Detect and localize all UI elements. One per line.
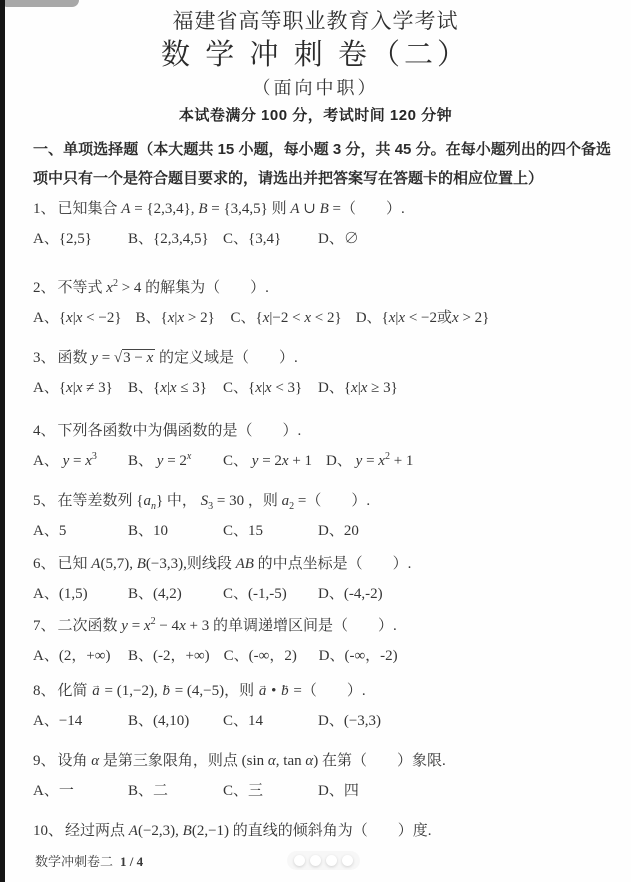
- question: 1、已知集合 A = {2,3,4}, B = {3,4,5} 则 A ∪ B …: [33, 190, 618, 269]
- option: B、(4,10): [128, 710, 223, 732]
- option: C、{x|x < 3}: [223, 377, 318, 399]
- question-stem: 7、二次函数 y = x2 − 4x + 3 的单调递增区间是（ ）.: [33, 615, 397, 637]
- question-number: 1、: [33, 201, 56, 217]
- page-dot[interactable]: [342, 855, 353, 866]
- option: C、(-∞，2): [224, 645, 319, 667]
- question-number: 6、: [33, 556, 56, 572]
- option: C、14: [223, 710, 318, 732]
- option: C、{3,4}: [223, 228, 318, 250]
- question-stem: 5、在等差数列 {an} 中， S3 = 30 ，则 a2 =（ ）.: [33, 490, 370, 512]
- question-options: A、 y = x3B、 y = 2xC、 y = 2x + 1D、 y = x2…: [33, 450, 427, 472]
- question-number: 8、: [33, 683, 56, 699]
- option: A、5: [33, 520, 128, 542]
- footer-page-number: 1 / 4: [120, 854, 143, 869]
- question-options: A、5B、10C、15D、20: [33, 520, 413, 542]
- option: B、 y = 2x: [128, 450, 223, 472]
- option: C、(-1,-5): [223, 583, 318, 605]
- question-stem: 2、不等式 x2 > 4 的解集为（ ）.: [33, 277, 269, 299]
- option: D、(-4,-2): [318, 583, 413, 605]
- scan-edge-strip: [0, 0, 5, 882]
- question-stem: 1、已知集合 A = {2,3,4}, B = {3,4,5} 则 A ∪ B …: [33, 198, 405, 220]
- question: 4、下列各函数中为偶函数的是（ ）.A、 y = x3B、 y = 2xC、 y…: [33, 412, 618, 482]
- exam-title: 福建省高等职业教育入学考试: [0, 5, 631, 35]
- option: C、15: [223, 520, 318, 542]
- question-number: 7、: [33, 618, 56, 634]
- option: B、{x|x ≤ 3}: [128, 377, 223, 399]
- question-options: A、{x|x ≠ 3}B、{x|x ≤ 3}C、{x|x < 3}D、{x|x …: [33, 377, 413, 399]
- page-dot[interactable]: [294, 855, 305, 866]
- option: D、20: [318, 520, 413, 542]
- option: B、(-2，+∞): [128, 645, 224, 667]
- option: A、(2，+∞): [33, 645, 128, 667]
- option: A、(1,5): [33, 583, 128, 605]
- option: D、(−3,3): [318, 710, 413, 732]
- section-heading: 一、单项选择题（本大题共 15 小题，每小题 3 分，共 45 分。在每小题列出…: [33, 135, 611, 193]
- exam-paper-page: 福建省高等职业教育入学考试 数 学 冲 刺 卷（二） （面向中职） 本试卷满分 …: [0, 0, 631, 882]
- question: 6、已知 A(5,7), B(−3,3),则线段 AB 的中点坐标是（ ）.A、…: [33, 545, 618, 607]
- option: C、 y = 2x + 1: [223, 450, 326, 472]
- question: 5、在等差数列 {an} 中， S3 = 30 ，则 a2 =（ ）.A、5B、…: [33, 482, 618, 545]
- question-stem: 9、设角 α 是第三象限角，则点 (sin α, tan α) 在第（ ）象限.: [33, 750, 446, 772]
- page-dots-indicator: [287, 851, 360, 870]
- option: D、{x|x < −2或x > 2}: [356, 307, 504, 329]
- option: B、{2,3,4,5}: [128, 228, 223, 250]
- question-options: A、−14B、(4,10)C、14D、(−3,3): [33, 710, 413, 732]
- option: D、四: [318, 780, 413, 802]
- question-stem: 8、化简 a = (1,−2), b = (4,−5)，则 a • b =（ ）…: [33, 680, 366, 702]
- questions-list: 1、已知集合 A = {2,3,4}, B = {3,4,5} 则 A ∪ B …: [33, 190, 618, 858]
- question: 8、化简 a = (1,−2), b = (4,−5)，则 a • b =（ ）…: [33, 672, 618, 742]
- question: 7、二次函数 y = x2 − 4x + 3 的单调递增区间是（ ）.A、(2，…: [33, 607, 618, 672]
- question-options: A、(1,5)B、(4,2)C、(-1,-5)D、(-4,-2): [33, 583, 413, 605]
- option: B、10: [128, 520, 223, 542]
- question-options: A、一B、二C、三D、四: [33, 780, 413, 802]
- option: D、(-∞，-2): [319, 645, 414, 667]
- option: D、{x|x ≥ 3}: [318, 377, 413, 399]
- option: A、 y = x3: [33, 450, 128, 472]
- question-stem: 10、经过两点 A(−2,3), B(2,−1) 的直线的倾斜角为（ ）度.: [33, 820, 432, 842]
- option: C、三: [223, 780, 318, 802]
- question-stem: 4、下列各函数中为偶函数的是（ ）.: [33, 420, 301, 442]
- option: A、{x|x < −2}: [33, 307, 136, 329]
- question: 3、函数 y = √3 − x 的定义域是（ ）.A、{x|x ≠ 3}B、{x…: [33, 339, 618, 412]
- question: 9、设角 α 是第三象限角，则点 (sin α, tan α) 在第（ ）象限.…: [33, 742, 618, 812]
- option: B、(4,2): [128, 583, 223, 605]
- option: A、一: [33, 780, 128, 802]
- page-dot[interactable]: [310, 855, 321, 866]
- option: A、−14: [33, 710, 128, 732]
- question-number: 3、: [33, 350, 56, 366]
- question-stem: 3、函数 y = √3 − x 的定义域是（ ）.: [33, 347, 298, 369]
- option: B、{x|x > 2}: [136, 307, 231, 329]
- option: B、二: [128, 780, 223, 802]
- question-options: A、{x|x < −2}B、{x|x > 2}C、{x|−2 < x < 2}D…: [33, 307, 503, 329]
- paper-subtitle: （面向中职）: [0, 74, 631, 100]
- question-number: 2、: [33, 280, 56, 296]
- question-options: A、{2,5}B、{2,3,4,5}C、{3,4}D、∅: [33, 228, 413, 250]
- option: C、{x|−2 < x < 2}: [231, 307, 356, 329]
- option: A、{x|x ≠ 3}: [33, 377, 128, 399]
- page-dot[interactable]: [326, 855, 337, 866]
- option: A、{2,5}: [33, 228, 128, 250]
- option: D、 y = x2 + 1: [326, 450, 427, 472]
- question-number: 4、: [33, 423, 56, 439]
- question: 2、不等式 x2 > 4 的解集为（ ）.A、{x|x < −2}B、{x|x …: [33, 269, 618, 339]
- question-number: 9、: [33, 753, 56, 769]
- question-number: 10、: [33, 823, 63, 839]
- question-stem: 6、已知 A(5,7), B(−3,3),则线段 AB 的中点坐标是（ ）.: [33, 553, 411, 575]
- score-info: 本试卷满分 100 分，考试时间 120 分钟: [0, 104, 631, 125]
- page-footer: 数学冲刺卷二1 / 4: [35, 851, 143, 870]
- question-number: 5、: [33, 493, 56, 509]
- footer-doc-label: 数学冲刺卷二: [35, 854, 113, 869]
- option: D、∅: [318, 228, 413, 250]
- paper-title: 数 学 冲 刺 卷（二）: [0, 32, 631, 73]
- question-options: A、(2，+∞)B、(-2，+∞)C、(-∞，2)D、(-∞，-2): [33, 645, 414, 667]
